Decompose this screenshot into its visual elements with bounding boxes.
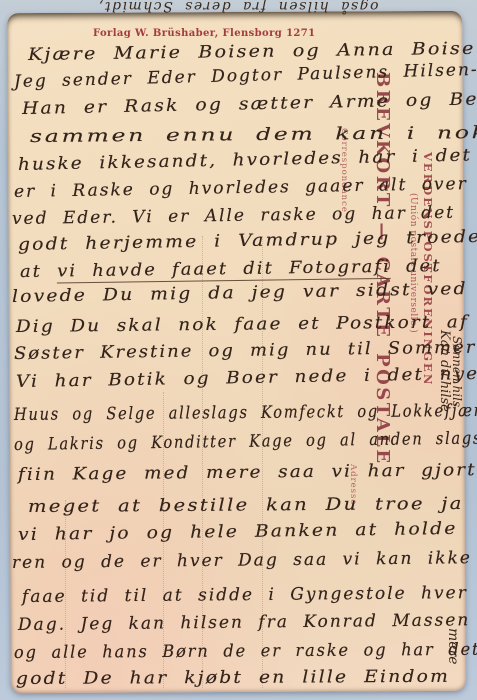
handwriting-line: og alle hans Børn de er raske og har det [14,640,477,663]
handwriting-line: sammen ennu dem kan i nok [30,123,477,147]
postcard-scan: Forlag W. Brüshaber, Flensborg 1271 Corr… [0,0,477,700]
handwriting-line: Huus og Selge alleslags Komfeckt og Lokk… [14,401,477,425]
inverted-top-greeting: også hilsen fra deres Schmidt, [48,0,428,14]
handwriting-line: godt De har kjøbt en lille Eindom [16,667,450,689]
margin-note: mere [445,628,461,665]
publisher-imprint: Forlag W. Brüshaber, Flensborg 1271 [93,28,343,39]
margin-note: Sønnen hils [450,336,464,407]
handwriting-line: meget at bestille kan Du troe ja [28,494,464,517]
underlined-phrase: vi havde faaet dit Fotografi [57,257,391,284]
handwriting-line: faae tid til at sidde i Gyngestole hver [22,583,468,607]
